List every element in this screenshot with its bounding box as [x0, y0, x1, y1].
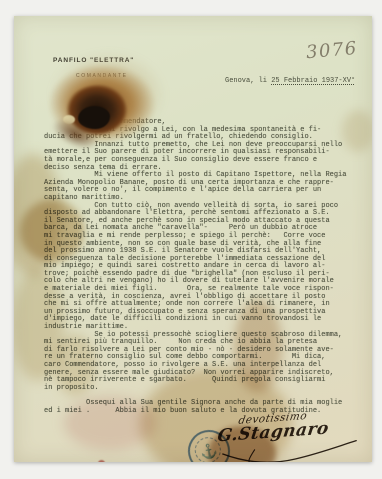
- scanned-letter-page: PANFILO "ELETTRA" COMANDANTE 3076 Genova…: [0, 0, 382, 479]
- anchor-icon: ⚓: [186, 428, 231, 462]
- letter-body: Caro Commendatore, Mi rivolgo a Lei, con…: [44, 119, 346, 415]
- paper-stain: [342, 110, 372, 152]
- signature-block: devotissimo G.Stagnaro: [212, 405, 372, 462]
- dateline-place: Genova, li: [225, 77, 271, 85]
- letterhead-commander-title: COMANDANTE: [76, 73, 128, 79]
- letter-paper: PANFILO "ELETTRA" COMANDANTE 3076 Genova…: [14, 16, 372, 462]
- pencil-archive-number: 3076: [305, 38, 358, 63]
- letterhead-vessel-name: PANFILO "ELETTRA": [53, 57, 134, 64]
- dateline-date: 25 Febbraio 1937-XV°: [271, 77, 355, 85]
- paper-stain: [98, 460, 105, 462]
- dateline: Genova, li 25 Febbraio 1937-XV°: [225, 77, 355, 85]
